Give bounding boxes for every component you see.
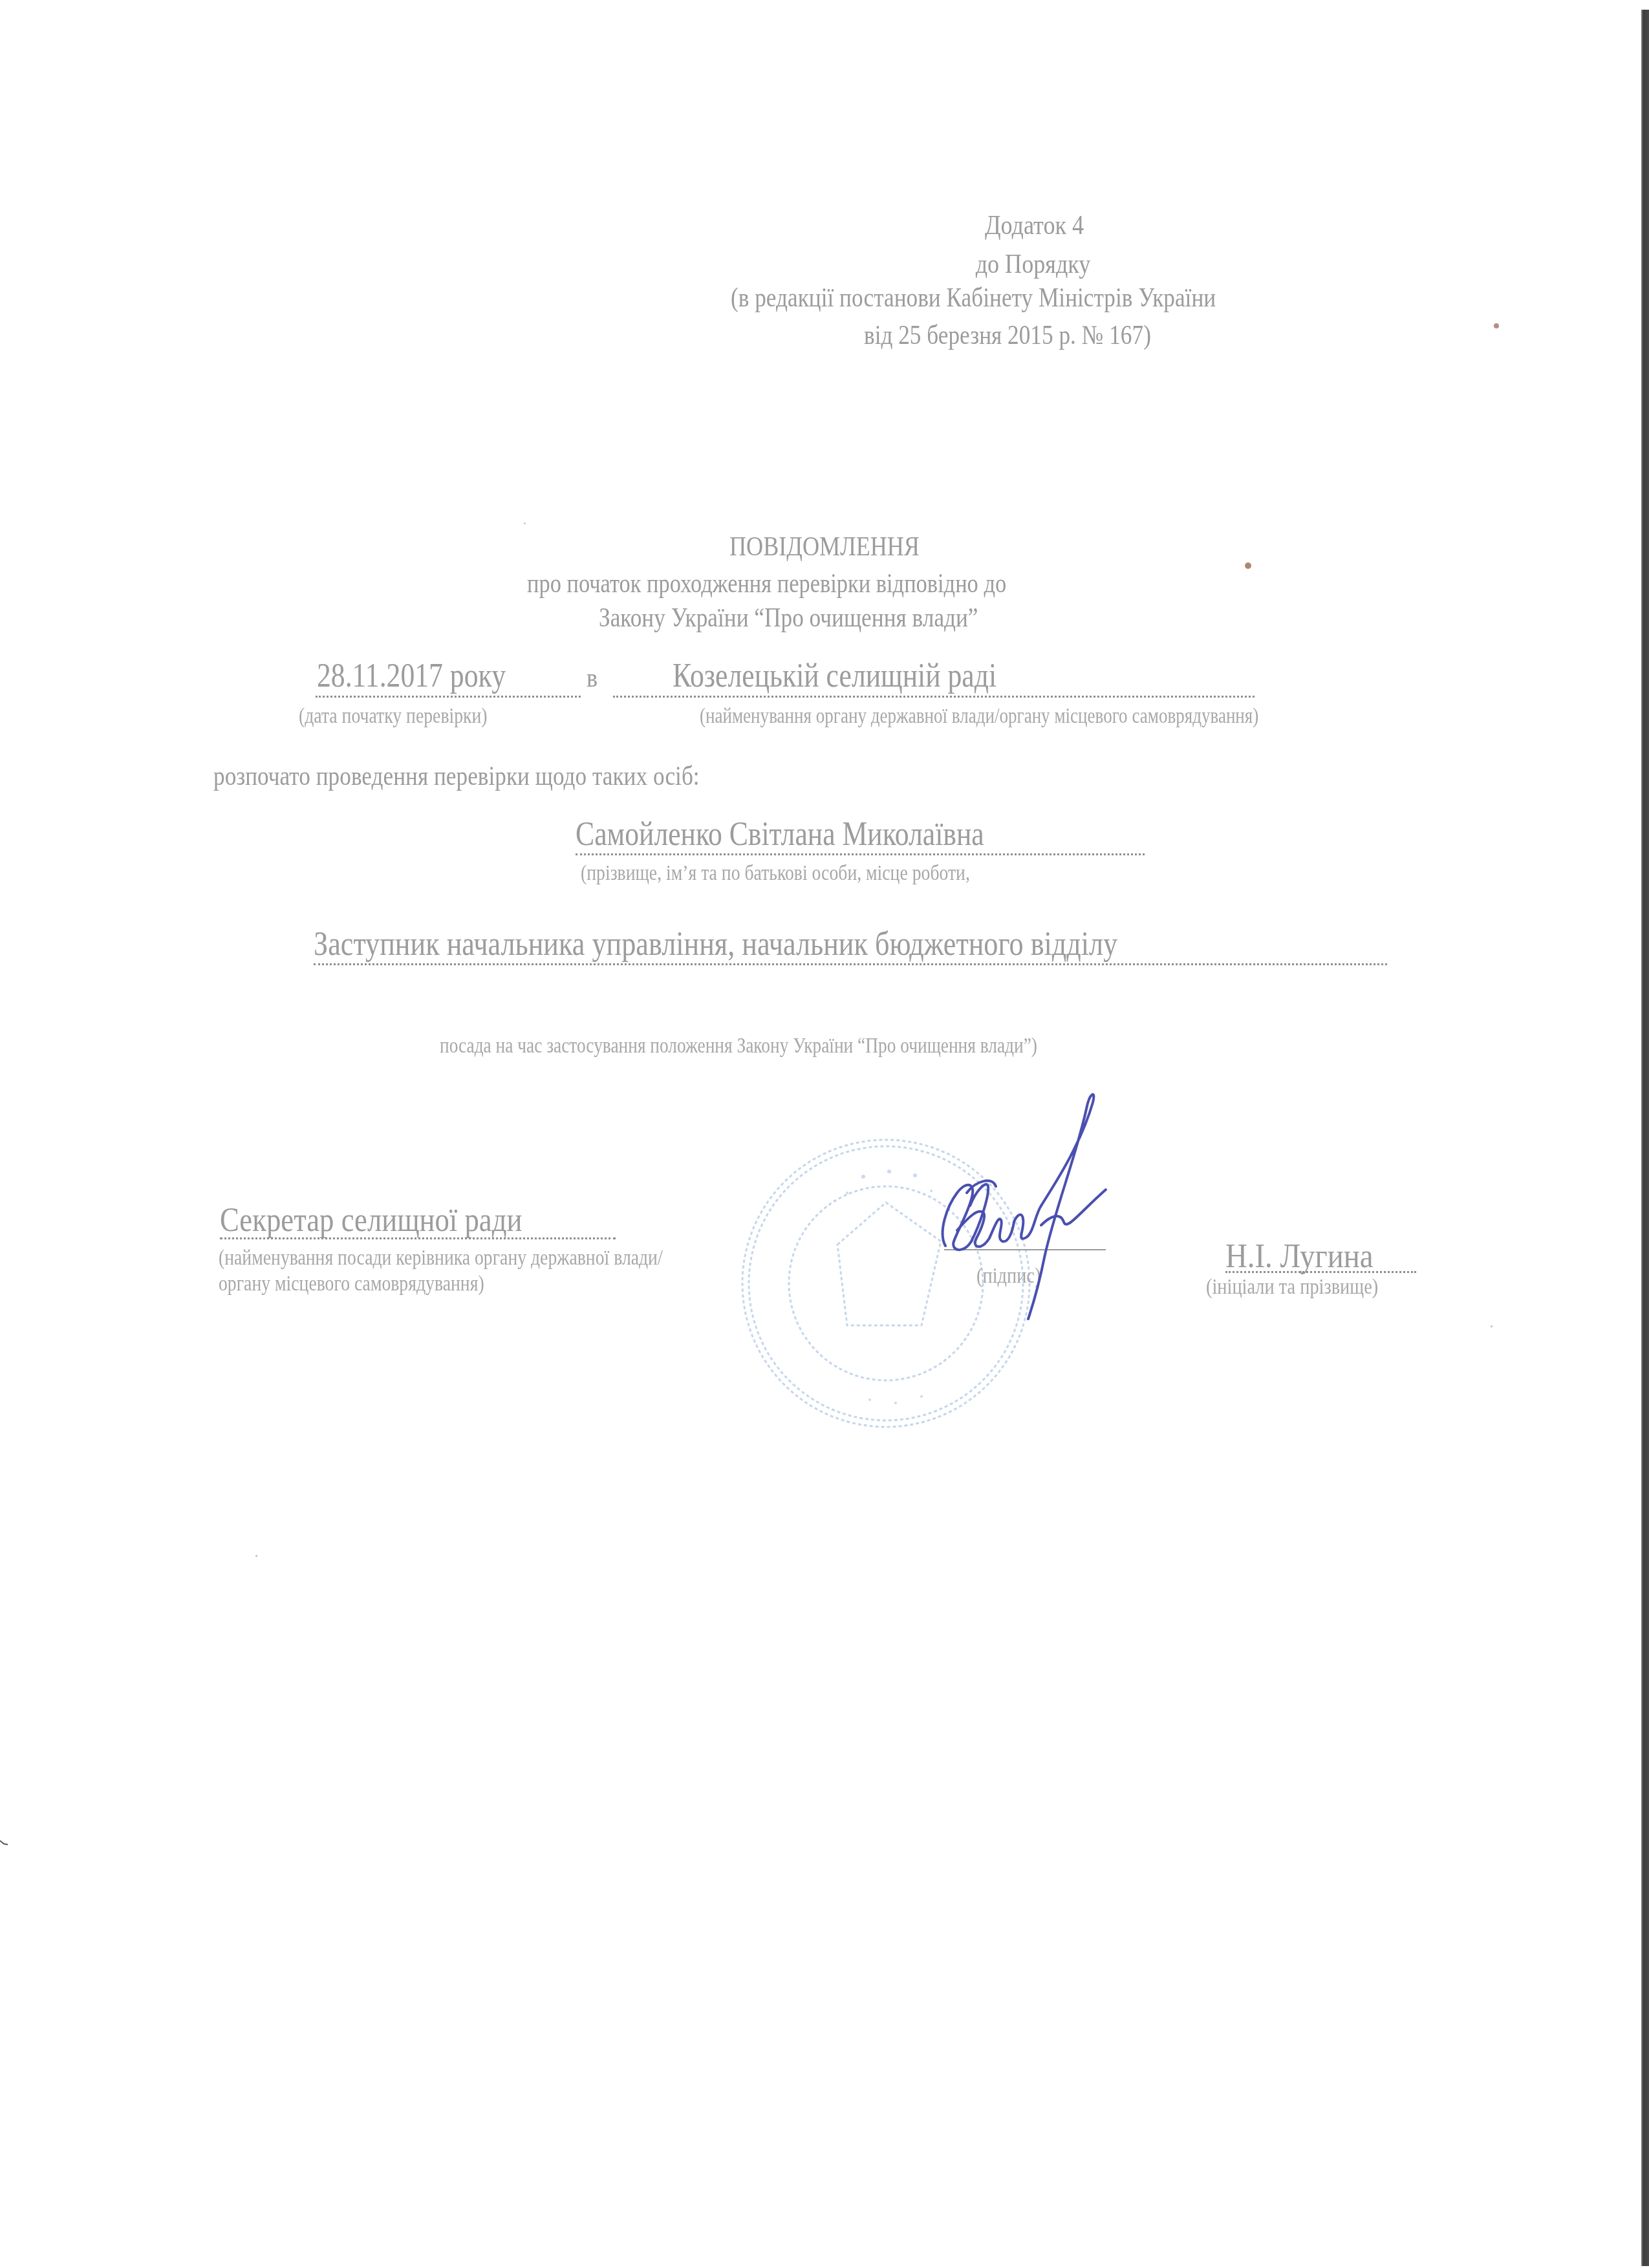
scan-edge-shadow	[1641, 10, 1649, 2266]
person-name-underline	[576, 853, 1145, 855]
signer-name: Н.І. Лугина	[1225, 1240, 1390, 1274]
person-position-text: Заступник начальника управління, начальн…	[314, 928, 1117, 961]
person-position-underline	[314, 963, 1387, 965]
authority-underline-lead	[613, 696, 645, 698]
date-caption-text: (дата початку перевірки)	[299, 706, 488, 727]
scan-speck	[255, 1555, 257, 1557]
person-name-caption: (прізвище, ім’я та по батькові особи, мі…	[581, 863, 1044, 884]
document-title-text: ПОВІДОМЛЕННЯ	[729, 533, 920, 561]
appendix-edition-text: (в редакції постанови Кабінету Міністрів…	[731, 284, 1216, 312]
body-text-content: розпочато проведення перевірки щодо таки…	[213, 763, 700, 790]
scan-mark	[0, 1839, 9, 1846]
appendix-number: Додаток 4	[985, 212, 1100, 239]
person-position: Заступник начальника управління, начальн…	[314, 928, 1260, 961]
person-position-caption-text: посада на час застосування положення Зак…	[440, 1036, 1037, 1057]
appendix-to-order-text: до Порядку	[976, 251, 1091, 278]
document-subtitle-line-2: Закону України “Про очищення влади”	[599, 604, 1050, 632]
signer-title-caption-2: органу місцевого самоврядування)	[219, 1274, 535, 1295]
signer-title-caption-2-text: органу місцевого самоврядування)	[219, 1274, 484, 1295]
signer-title-text: Секретар селищної ради	[220, 1204, 522, 1237]
appendix-edition-line: (в редакції постанови Кабінету Міністрів…	[731, 284, 1308, 312]
body-text: розпочато проведення перевірки щодо таки…	[213, 763, 792, 790]
signer-title-caption-1-text: (найменування посади керівника органу де…	[219, 1248, 663, 1269]
signer-name-caption: (ініціали та прізвище)	[1206, 1277, 1406, 1298]
signer-name-underline	[1225, 1271, 1416, 1273]
scan-speck	[1245, 562, 1251, 569]
document-subtitle-line-1: про початок проходження перевірки відпов…	[527, 570, 1112, 597]
date-caption: (дата початку перевірки)	[299, 706, 523, 727]
preposition: в	[587, 665, 599, 692]
scan-speck	[524, 522, 526, 524]
handwritten-signature	[931, 1076, 1125, 1335]
authority-caption: (найменування органу державної влади/орг…	[700, 706, 1381, 727]
authority-caption-text: (найменування органу державної влади/орг…	[700, 706, 1258, 727]
appendix-resolution-line: від 25 березня 2015 р. № 167)	[864, 322, 1205, 349]
scan-speck	[1491, 1325, 1493, 1327]
preposition-text: в	[587, 665, 598, 692]
date-underline	[316, 696, 581, 698]
document-subtitle-2-text: Закону України “Про очищення влади”	[599, 604, 978, 632]
authority-name-text: Козелецькій селищній раді	[673, 659, 997, 693]
authority-underline	[647, 696, 1255, 698]
check-start-date: 28.11.2017 року	[317, 659, 542, 693]
signer-name-text: Н.І. Лугина	[1225, 1240, 1374, 1274]
signer-name-caption-text: (ініціали та прізвище)	[1206, 1277, 1378, 1298]
check-start-date-text: 28.11.2017 року	[317, 659, 506, 693]
appendix-to-order: до Порядку	[976, 251, 1110, 278]
person-name-caption-text: (прізвище, ім’я та по батькові особи, мі…	[581, 863, 970, 884]
scan-speck	[1494, 323, 1499, 328]
signer-title-caption-1: (найменування посади керівника органу де…	[219, 1248, 747, 1269]
document-subtitle-1-text: про початок проходження перевірки відпов…	[527, 570, 1006, 597]
signer-title-underline	[220, 1237, 616, 1239]
person-full-name-text: Самойленко Світлана Миколаївна	[576, 818, 984, 851]
person-full-name: Самойленко Світлана Миколаївна	[576, 818, 1062, 851]
authority-name: Козелецькій селищній раді	[673, 659, 1059, 693]
appendix-number-text: Додаток 4	[985, 212, 1084, 239]
document-title: ПОВІДОМЛЕННЯ	[729, 533, 951, 561]
appendix-resolution-text: від 25 березня 2015 р. № 167)	[864, 322, 1151, 349]
person-position-caption: посада на час застосування положення Зак…	[440, 1036, 1159, 1057]
signer-title: Секретар селищної ради	[220, 1204, 571, 1237]
